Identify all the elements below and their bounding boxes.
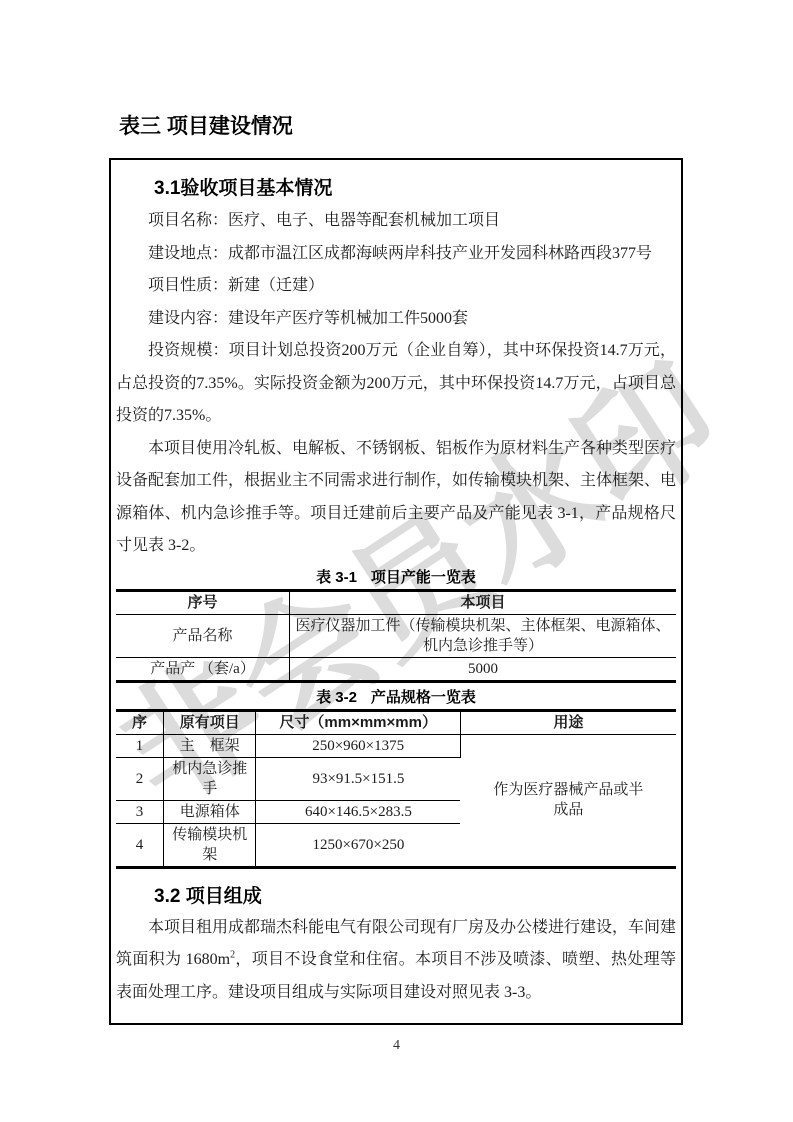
table-3-1-caption-text: 项目产能一览表	[371, 569, 476, 586]
table-cell: 产品产 （套/a）	[116, 657, 290, 681]
table-merged-use-cell: 作为医疗器械产品或半成品	[460, 734, 676, 867]
table-row: 序号 本项目	[116, 590, 676, 614]
table-cell: 传输模块机架	[164, 823, 256, 867]
table-3-1-caption-label: 表 3-1	[316, 569, 357, 586]
table-cell: 250×960×1375	[256, 734, 460, 757]
table-cell: 5000	[290, 657, 676, 681]
table-row: 序 原有项目 尺寸（mm×mm×mm） 用途	[116, 710, 676, 734]
table-header-cell: 原有项目	[164, 710, 256, 734]
merged-use-text: 作为医疗器械产品或半成品	[490, 780, 648, 820]
table-cell: 医疗仪器加工件（传输模块机架、主体框架、电源箱体、机内急诊推手等）	[290, 614, 676, 657]
page-number: 4	[0, 1038, 793, 1054]
info-line-investment: 投资规模：项目计划总投资200万元（企业自筹），其中环保投资14.7万元，占总投…	[116, 335, 676, 433]
page-title: 表三 项目建设情况	[119, 110, 293, 140]
table-3-1-caption: 表 3-1项目产能一览表	[116, 566, 676, 587]
section-3-2-paragraph: 本项目租用成都瑞杰科能电气有限公司现有厂房及办公楼进行建设，车间建筑面积为 16…	[116, 912, 676, 1010]
table-capacity: 序号 本项目 产品名称 医疗仪器加工件（传输模块机架、主体框架、电源箱体、机内急…	[116, 589, 676, 683]
table-row: 1 主 框架 250×960×1375 作为医疗器械产品或半成品	[116, 734, 676, 757]
table-3-2-caption-text: 产品规格一览表	[371, 689, 476, 706]
table-row: 产品产 （套/a） 5000	[116, 657, 676, 681]
section-3-1-heading: 3.1验收项目基本情况	[116, 173, 676, 200]
table-header-cell: 本项目	[290, 590, 676, 614]
section-3-2-heading: 3.2 项目组成	[116, 881, 676, 908]
section-3-1-paragraph: 本项目使用冷轧板、电解板、不锈钢板、铝板作为原材料生产各种类型医疗设备配套加工件…	[116, 433, 676, 563]
content-border-box: 3.1验收项目基本情况 项目名称：医疗、电子、电器等配套机械加工项目 建设地点：…	[109, 158, 683, 1025]
table-cell: 93×91.5×151.5	[256, 757, 460, 800]
table-cell: 1250×670×250	[256, 823, 460, 867]
table-header-cell: 用途	[460, 710, 676, 734]
info-line-nature: 项目性质：新建（迁建）	[116, 270, 676, 303]
table-cell: 3	[116, 800, 164, 823]
document-page: 非会员水印 表三 项目建设情况 3.1验收项目基本情况 项目名称：医疗、电子、电…	[0, 0, 793, 1122]
table-row: 产品名称 医疗仪器加工件（传输模块机架、主体框架、电源箱体、机内急诊推手等）	[116, 614, 676, 657]
info-line-content: 建设内容：建设年产医疗等机械加工件5000套	[116, 303, 676, 336]
table-cell: 1	[116, 734, 164, 757]
table-cell: 机内急诊推手	[164, 757, 256, 800]
info-line-project-name: 项目名称：医疗、电子、电器等配套机械加工项目	[116, 205, 676, 238]
table-header-cell: 序号	[116, 590, 290, 614]
table-cell: 640×146.5×283.5	[256, 800, 460, 823]
table-3-2-caption-label: 表 3-2	[316, 689, 357, 706]
table-cell: 主 框架	[164, 734, 256, 757]
table-cell: 电源箱体	[164, 800, 256, 823]
table-header-cell: 序	[116, 710, 164, 734]
table-header-cell: 尺寸（mm×mm×mm）	[256, 710, 460, 734]
table-cell: 2	[116, 757, 164, 800]
table-cell: 产品名称	[116, 614, 290, 657]
info-line-location: 建设地点：成都市温江区成都海峡两岸科技产业开发园科林路西段377号	[116, 238, 676, 271]
table-specs: 序 原有项目 尺寸（mm×mm×mm） 用途 1 主 框架 250×960×13…	[116, 709, 676, 869]
table-cell: 4	[116, 823, 164, 867]
table-3-2-caption: 表 3-2产品规格一览表	[116, 686, 676, 707]
